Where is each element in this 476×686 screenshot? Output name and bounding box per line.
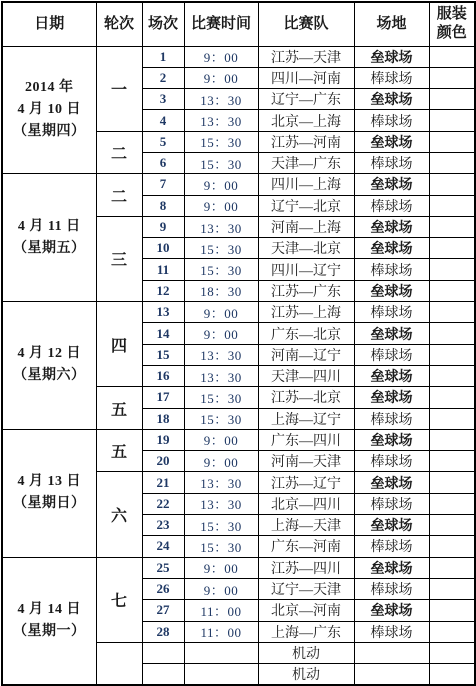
cell-teams: 辽宁—北京 (258, 195, 354, 216)
cell-venue: 棒球场 (354, 493, 429, 514)
date-line: （星期一） (3, 621, 96, 643)
cell-venue: 垒球场 (354, 46, 429, 67)
column-header-match_no: 场次 (142, 2, 184, 46)
column-header-round: 轮次 (96, 2, 142, 46)
date-line: 4 月 13 日 (3, 471, 96, 493)
cell-time: 9：00 (184, 451, 258, 472)
cell-match-no: 1 (142, 46, 184, 67)
cell-teams: 天津—广东 (258, 152, 354, 173)
cell-teams: 机动 (258, 642, 354, 663)
cell-match-no: 4 (142, 110, 184, 131)
table-row: 2014 年4 月 10 日（星期四）一19：00江苏—天津垒球场 (2, 46, 475, 67)
cell-uniform-color (429, 472, 475, 493)
cell-uniform-color (429, 238, 475, 259)
cell-match-no: 24 (142, 536, 184, 557)
cell-teams: 北京—上海 (258, 110, 354, 131)
cell-teams: 北京—四川 (258, 493, 354, 514)
cell-venue: 棒球场 (354, 259, 429, 280)
cell-time: 15：30 (184, 131, 258, 152)
cell-teams: 河南—上海 (258, 216, 354, 237)
cell-uniform-color (429, 578, 475, 599)
cell-match-no: 9 (142, 216, 184, 237)
cell-match-no: 18 (142, 408, 184, 429)
cell-teams: 四川—河南 (258, 67, 354, 88)
cell-uniform-color (429, 664, 475, 686)
column-header-time: 比赛时间 (184, 2, 258, 46)
cell-teams: 江苏—河南 (258, 131, 354, 152)
cell-venue: 垒球场 (354, 238, 429, 259)
cell-match-no: 21 (142, 472, 184, 493)
cell-teams: 广东—四川 (258, 429, 354, 450)
cell-teams: 江苏—四川 (258, 557, 354, 578)
cell-venue: 垒球场 (354, 174, 429, 195)
cell-venue: 垒球场 (354, 472, 429, 493)
cell-time: 15：30 (184, 515, 258, 536)
date-line: （星期六） (3, 365, 96, 387)
cell-uniform-color (429, 46, 475, 67)
cell-teams: 辽宁—天津 (258, 578, 354, 599)
date-line: （星期日） (3, 493, 96, 515)
cell-round: 六 (96, 472, 142, 557)
cell-uniform-color (429, 408, 475, 429)
cell-uniform-color (429, 302, 475, 323)
cell-venue: 垒球场 (354, 365, 429, 386)
cell-match-no: 11 (142, 259, 184, 280)
cell-time: 9：00 (184, 46, 258, 67)
cell-match-no: 22 (142, 493, 184, 514)
cell-time: 9：00 (184, 302, 258, 323)
cell-venue: 垒球场 (354, 515, 429, 536)
cell-venue: 棒球场 (354, 578, 429, 599)
cell-uniform-color (429, 429, 475, 450)
cell-venue: 棒球场 (354, 195, 429, 216)
cell-round: 五 (96, 429, 142, 472)
cell-venue: 棒球场 (354, 152, 429, 173)
cell-round: 七 (96, 557, 142, 642)
cell-uniform-color (429, 365, 475, 386)
cell-match-no: 7 (142, 174, 184, 195)
date-line: （星期五） (3, 238, 96, 260)
cell-venue: 棒球场 (354, 621, 429, 642)
cell-teams: 江苏—上海 (258, 302, 354, 323)
cell-uniform-color (429, 344, 475, 365)
cell-time: 13：30 (184, 89, 258, 110)
column-header-teams: 比赛队 (258, 2, 354, 46)
cell-teams: 江苏—天津 (258, 46, 354, 67)
cell-teams: 上海—辽宁 (258, 408, 354, 429)
date-line: 2014 年 (3, 77, 96, 99)
cell-uniform-color (429, 110, 475, 131)
cell-uniform-color (429, 195, 475, 216)
cell-time (184, 642, 258, 663)
cell-venue (354, 642, 429, 663)
cell-venue: 垒球场 (354, 131, 429, 152)
cell-match-no (142, 642, 184, 663)
cell-venue: 垒球场 (354, 89, 429, 110)
column-header-date: 日期 (2, 2, 96, 46)
cell-venue: 棒球场 (354, 110, 429, 131)
cell-teams: 江苏—北京 (258, 387, 354, 408)
cell-time: 9：00 (184, 67, 258, 88)
cell-teams: 四川—辽宁 (258, 259, 354, 280)
cell-date: 4 月 14 日（星期一） (2, 557, 96, 685)
cell-uniform-color (429, 515, 475, 536)
cell-teams: 上海—天津 (258, 515, 354, 536)
cell-uniform-color (429, 323, 475, 344)
date-line: 4 月 10 日 (3, 99, 96, 121)
cell-teams: 上海—广东 (258, 621, 354, 642)
table-row: 4 月 12 日（星期六）四139：00江苏—上海棒球场 (2, 302, 475, 323)
cell-time: 9：00 (184, 195, 258, 216)
cell-teams: 机动 (258, 664, 354, 686)
date-line: 4 月 14 日 (3, 599, 96, 621)
cell-match-no: 27 (142, 600, 184, 621)
cell-uniform-color (429, 493, 475, 514)
cell-uniform-color (429, 131, 475, 152)
cell-uniform-color (429, 89, 475, 110)
cell-time: 15：30 (184, 152, 258, 173)
cell-match-no: 25 (142, 557, 184, 578)
cell-match-no: 8 (142, 195, 184, 216)
cell-time: 9：00 (184, 557, 258, 578)
cell-round: 四 (96, 302, 142, 387)
cell-teams: 辽宁—广东 (258, 89, 354, 110)
cell-uniform-color (429, 280, 475, 301)
cell-time: 15：30 (184, 238, 258, 259)
cell-match-no: 3 (142, 89, 184, 110)
date-line: 4 月 11 日 (3, 216, 96, 238)
cell-time: 13：30 (184, 216, 258, 237)
cell-time (184, 664, 258, 686)
cell-time: 13：30 (184, 110, 258, 131)
cell-time: 15：30 (184, 387, 258, 408)
cell-uniform-color (429, 174, 475, 195)
cell-match-no: 17 (142, 387, 184, 408)
cell-match-no: 20 (142, 451, 184, 472)
cell-round (96, 642, 142, 685)
cell-teams: 广东—河南 (258, 536, 354, 557)
cell-uniform-color (429, 259, 475, 280)
cell-match-no: 28 (142, 621, 184, 642)
cell-round: 三 (96, 216, 142, 301)
schedule-table-body: 日期轮次场次比赛时间比赛队场地服装颜色2014 年4 月 10 日（星期四）一1… (2, 2, 475, 685)
cell-uniform-color (429, 621, 475, 642)
cell-uniform-color (429, 67, 475, 88)
cell-date: 4 月 11 日（星期五） (2, 174, 96, 302)
cell-time: 9：00 (184, 429, 258, 450)
schedule-table: 日期轮次场次比赛时间比赛队场地服装颜色2014 年4 月 10 日（星期四）一1… (1, 1, 476, 686)
cell-uniform-color (429, 387, 475, 408)
cell-teams: 江苏—辽宁 (258, 472, 354, 493)
cell-venue: 棒球场 (354, 344, 429, 365)
cell-match-no: 10 (142, 238, 184, 259)
cell-match-no: 15 (142, 344, 184, 365)
cell-date: 4 月 13 日（星期日） (2, 429, 96, 557)
cell-match-no: 26 (142, 578, 184, 599)
cell-time: 11：00 (184, 600, 258, 621)
table-row: 4 月 11 日（星期五）二79：00四川—上海垒球场 (2, 174, 475, 195)
table-row: 4 月 14 日（星期一）七259：00江苏—四川垒球场 (2, 557, 475, 578)
cell-venue (354, 664, 429, 686)
cell-uniform-color (429, 536, 475, 557)
cell-match-no: 14 (142, 323, 184, 344)
cell-time: 13：30 (184, 472, 258, 493)
cell-match-no: 5 (142, 131, 184, 152)
table-row: 4 月 13 日（星期日）五199：00广东—四川垒球场 (2, 429, 475, 450)
cell-time: 13：30 (184, 493, 258, 514)
cell-venue: 棒球场 (354, 302, 429, 323)
cell-match-no: 6 (142, 152, 184, 173)
cell-round: 一 (96, 46, 142, 131)
cell-venue: 垒球场 (354, 429, 429, 450)
cell-teams: 四川—上海 (258, 174, 354, 195)
cell-venue: 垒球场 (354, 387, 429, 408)
cell-round: 二 (96, 174, 142, 217)
cell-teams: 江苏—广东 (258, 280, 354, 301)
cell-date: 4 月 12 日（星期六） (2, 302, 96, 430)
cell-teams: 天津—四川 (258, 365, 354, 386)
column-header-uniform_color: 服装颜色 (429, 2, 475, 46)
cell-time: 11：00 (184, 621, 258, 642)
cell-venue: 棒球场 (354, 451, 429, 472)
cell-time: 18：30 (184, 280, 258, 301)
cell-match-no: 2 (142, 67, 184, 88)
cell-time: 9：00 (184, 578, 258, 599)
cell-match-no (142, 664, 184, 686)
cell-uniform-color (429, 600, 475, 621)
cell-venue: 垒球场 (354, 323, 429, 344)
cell-venue: 垒球场 (354, 280, 429, 301)
cell-venue: 棒球场 (354, 536, 429, 557)
cell-venue: 棒球场 (354, 67, 429, 88)
column-header-venue: 场地 (354, 2, 429, 46)
cell-teams: 河南—辽宁 (258, 344, 354, 365)
cell-uniform-color (429, 451, 475, 472)
cell-time: 15：30 (184, 536, 258, 557)
cell-teams: 天津—北京 (258, 238, 354, 259)
cell-round: 二 (96, 131, 142, 174)
cell-venue: 垒球场 (354, 557, 429, 578)
header-row: 日期轮次场次比赛时间比赛队场地服装颜色 (2, 2, 475, 46)
cell-match-no: 16 (142, 365, 184, 386)
cell-date: 2014 年4 月 10 日（星期四） (2, 46, 96, 174)
cell-uniform-color (429, 216, 475, 237)
cell-time: 15：30 (184, 408, 258, 429)
cell-uniform-color (429, 642, 475, 663)
cell-time: 13：30 (184, 344, 258, 365)
cell-venue: 垒球场 (354, 600, 429, 621)
cell-round: 五 (96, 387, 142, 430)
cell-time: 13：30 (184, 365, 258, 386)
cell-match-no: 23 (142, 515, 184, 536)
cell-teams: 河南—天津 (258, 451, 354, 472)
date-line: 4 月 12 日 (3, 343, 96, 365)
cell-uniform-color (429, 557, 475, 578)
cell-match-no: 12 (142, 280, 184, 301)
date-line: （星期四） (3, 121, 96, 143)
cell-match-no: 19 (142, 429, 184, 450)
cell-time: 9：00 (184, 323, 258, 344)
cell-teams: 北京—河南 (258, 600, 354, 621)
cell-time: 9：00 (184, 174, 258, 195)
cell-venue: 棒球场 (354, 408, 429, 429)
cell-uniform-color (429, 152, 475, 173)
cell-teams: 广东—北京 (258, 323, 354, 344)
cell-match-no: 13 (142, 302, 184, 323)
cell-venue: 垒球场 (354, 216, 429, 237)
cell-time: 15：30 (184, 259, 258, 280)
